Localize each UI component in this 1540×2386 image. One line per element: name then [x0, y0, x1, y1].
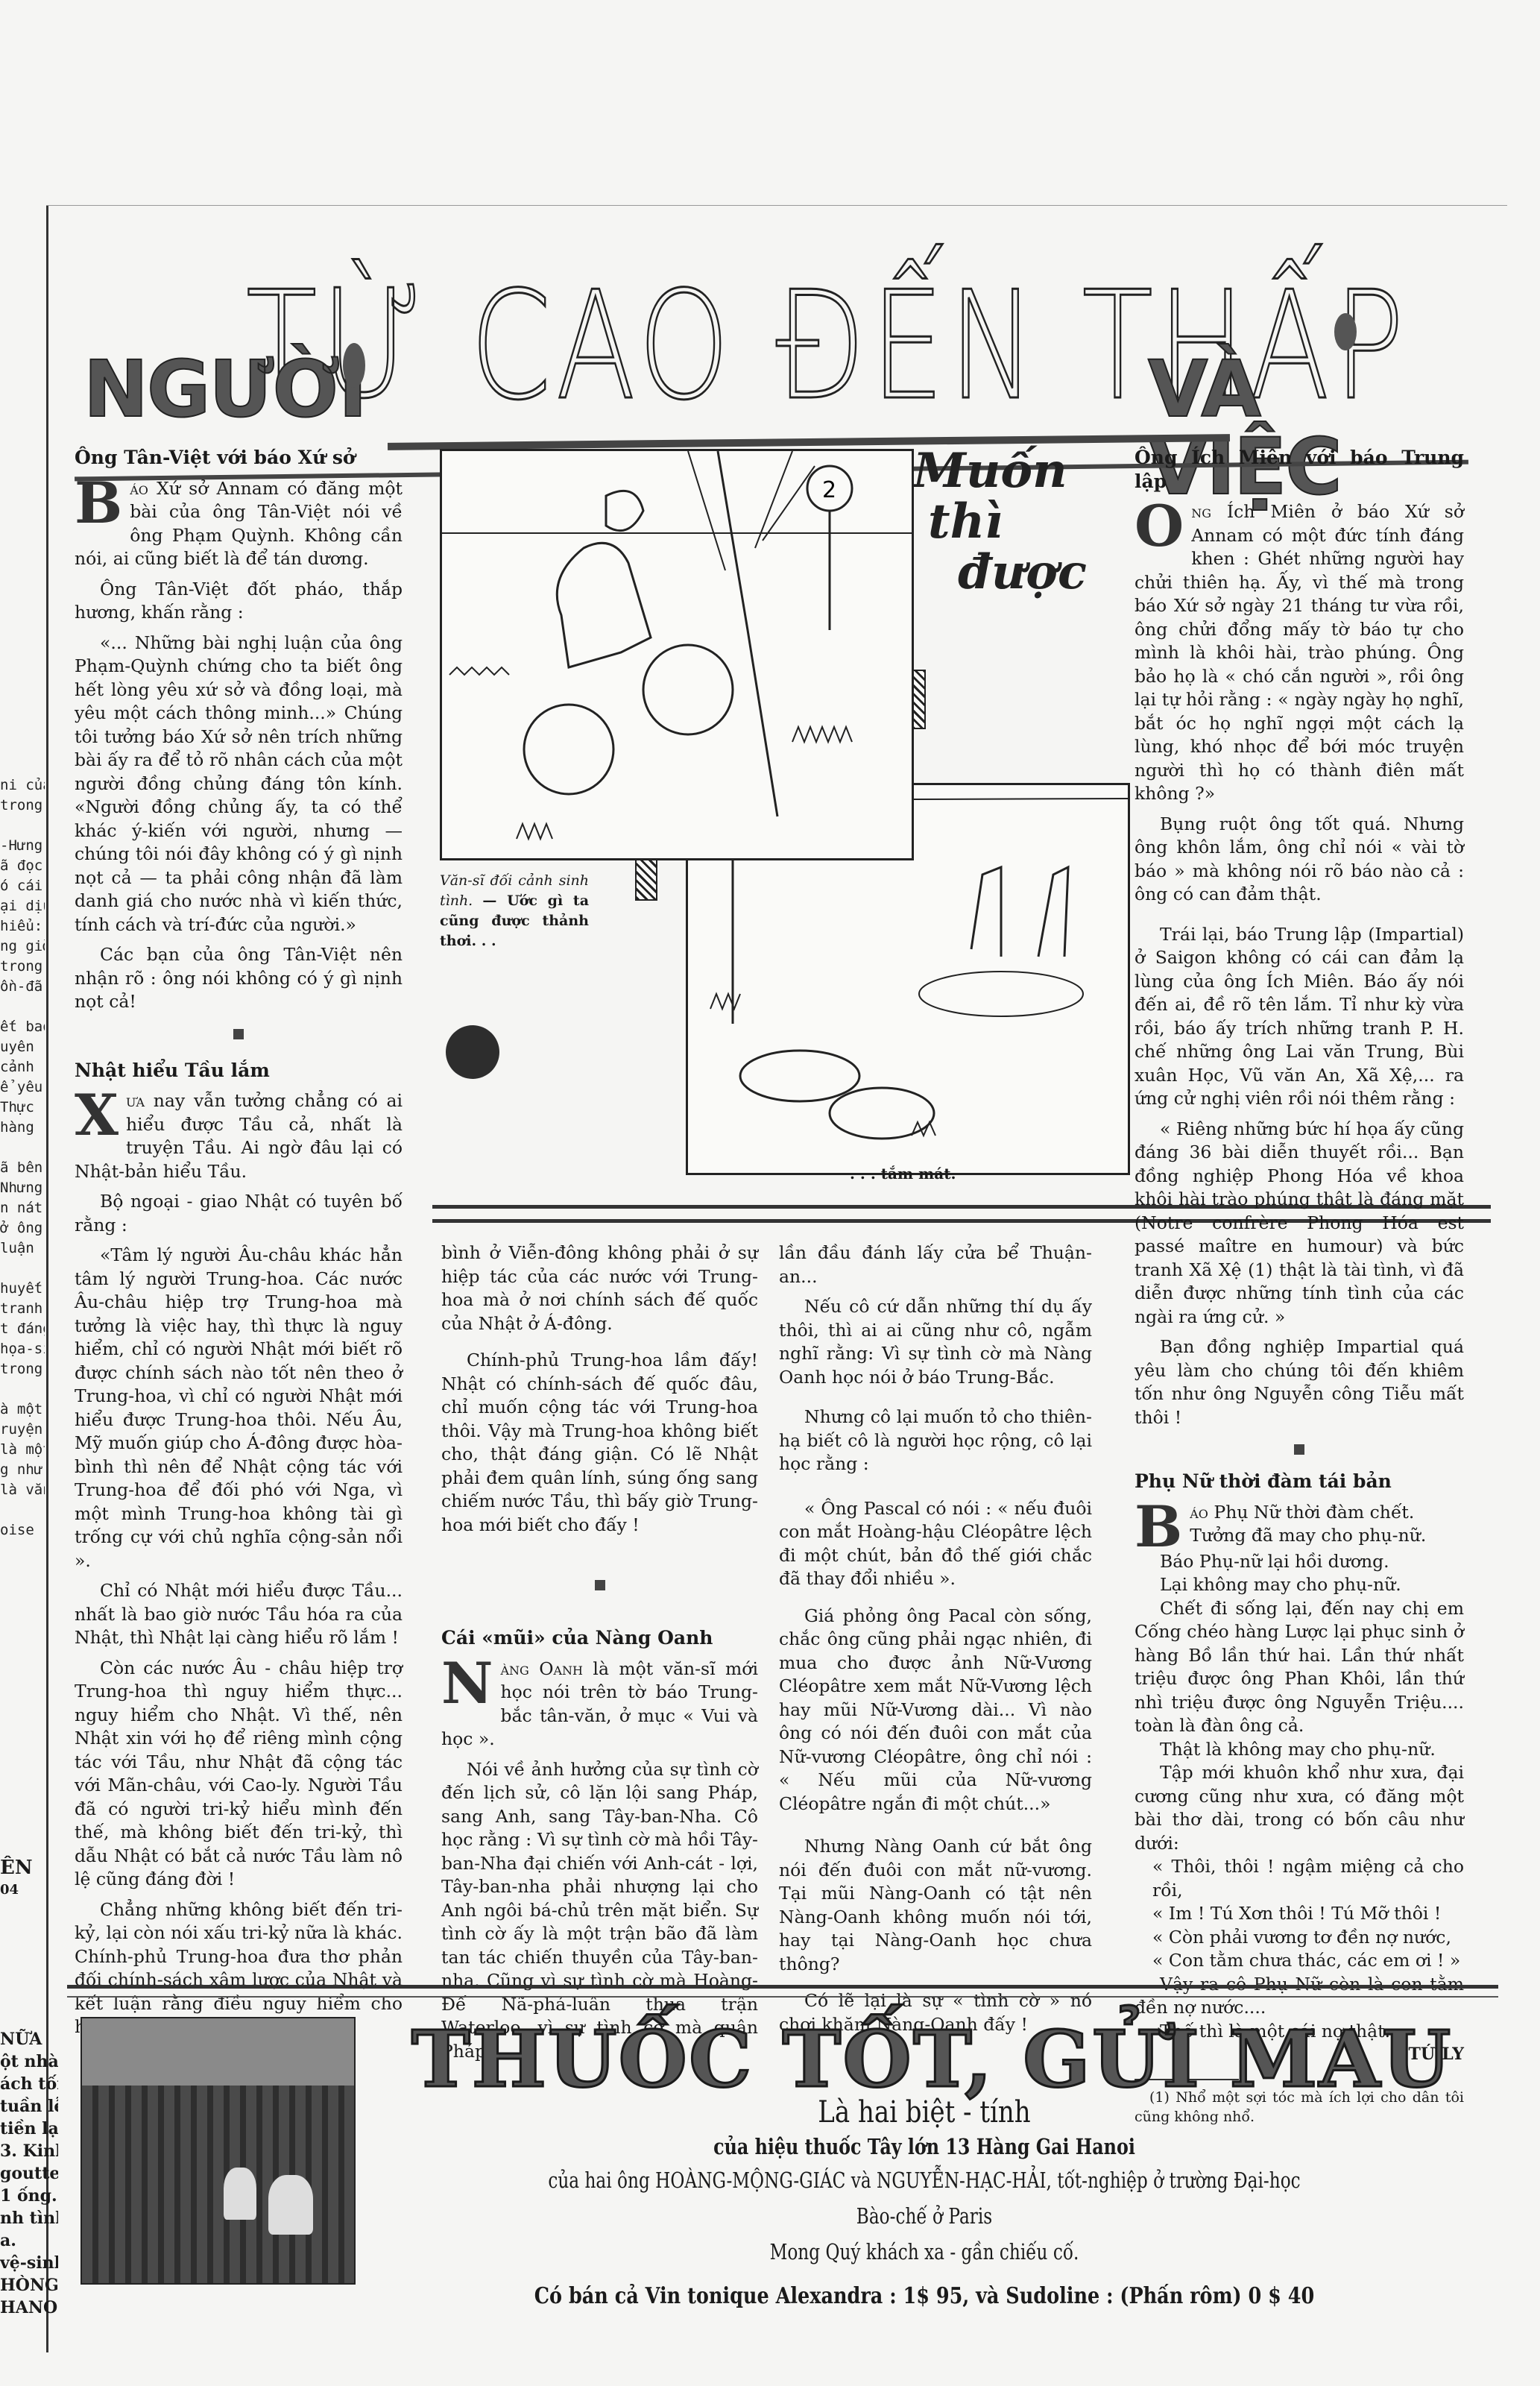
dropcap: B [1135, 1504, 1182, 1550]
article-paragraph: Ong Ích Miên ở báo Xứ sở Annam có một đứ… [1135, 500, 1464, 806]
fragment-line: HÒNG [0, 2274, 58, 2297]
svg-text:2: 2 [822, 477, 836, 503]
right-column: Ông Ích Miên với báo Trung lập Ong Ích M… [1135, 446, 1464, 2127]
poem-line: « Im ! Tú Xơn thôi ! Tú Mỡ thôi ! [1152, 1902, 1464, 1926]
article-line: Tưởng đã may cho phụ-nữ. [1135, 1524, 1464, 1548]
fragment-line: tranh [0, 1299, 45, 1319]
fragment-line: 1 ống. [0, 2185, 58, 2207]
article-heading: Ông Tân-Việt với báo Xứ sở [75, 446, 403, 470]
fragment-line [0, 997, 45, 1017]
fragment-line: huyết [0, 1279, 45, 1299]
article-paragraph: Thật là không may cho phụ-nữ. [1135, 1738, 1464, 1762]
fragment-line: gouttes [0, 2162, 58, 2185]
decorative-dot [446, 1025, 499, 1079]
fragment-line: uyên [0, 1037, 45, 1057]
poem-line: « Thôi, thôi ! ngậm miệng cả cho rồi, [1152, 1855, 1464, 1902]
article-paragraph: Trái lại, báo Trung lập (Impartial) ở Sa… [1135, 923, 1464, 1111]
article-paragraph: «Tâm lý người Âu-châu khác hẳn tâm lý ng… [75, 1244, 403, 1573]
article-paragraph: Giá phỏng ông Pacal còn sống, chắc ông c… [779, 1605, 1092, 1816]
ad-line: Là hai biệt - tính [455, 2095, 1393, 2130]
fragment-line: ách tối- [0, 2073, 58, 2095]
fragment-line: cảnh [0, 1057, 45, 1077]
fragment-line: tiền lại. [0, 2118, 58, 2140]
masthead-dot [343, 343, 365, 388]
article-paragraph: Báo Xứ sở Annam có đăng một bài của ông … [75, 477, 403, 571]
fragment-line: trong [0, 957, 45, 977]
article-heading: Nhật hiểu Tầu lắm [75, 1059, 403, 1083]
fragment-line [0, 1500, 45, 1520]
article-paragraph: Bộ ngoại - giao Nhật có tuyên bố rằng : [75, 1190, 403, 1237]
fragment-line: ng giờ [0, 937, 45, 957]
article-paragraph: Nhưng Nàng Oanh cứ bắt ông nói đến đuôi … [779, 1835, 1092, 1976]
ad-headline: THUỐC TỐT, GỬI MAU [392, 2013, 1471, 2105]
cartoon-panel-1: 2 [440, 449, 914, 860]
fragment-line: ồn-đã. [0, 977, 45, 997]
article-paragraph: Bạn đồng nghiệp Impartial quá yêu làm ch… [1135, 1335, 1464, 1429]
dropcap: X [75, 1092, 119, 1139]
fragment-line: ại dịu [0, 896, 45, 916]
adjacent-box: ÊN 04 [0, 1857, 46, 1901]
cartoon-cyclist-drawing: 2 [442, 451, 912, 858]
fragment-line: ó cái [0, 876, 45, 896]
article-heading: Cái «mũi» của Nàng Oanh [441, 1626, 758, 1650]
ad-line: Mong Quý khách xa - gần chiếu cố. [483, 2239, 1366, 2264]
left-column: Ông Tân-Việt với báo Xứ sở Báo Xứ sở Ann… [75, 446, 403, 2046]
dropcap: N [441, 1661, 493, 1707]
article-paragraph: Ông Tân-Việt đốt pháo, thắp hương, khấn … [75, 578, 403, 625]
fragment-line: -Hưng [0, 836, 45, 856]
article-paragraph: Chỉ có Nhật mới hiểu được Tầu... nhất là… [75, 1579, 403, 1650]
fragment-line: là văn [0, 1480, 45, 1500]
fragment-line [0, 1138, 45, 1158]
ad-line: của hai ông HOÀNG-MỘNG-GIÁC và NGUYỄN-HẠ… [483, 2168, 1366, 2193]
article-paragraph: Nàng Oanh là một văn-sĩ mới học nói trên… [441, 1658, 758, 1751]
fragment-line: oise [0, 1520, 45, 1540]
fragment-line [0, 1259, 45, 1279]
article-paragraph: « Riêng những bức hí họa ấy cũng đáng 36… [1135, 1118, 1464, 1329]
masthead-left-word: NGƯỜI [83, 350, 366, 428]
section-separator [595, 1580, 605, 1590]
fragment-line: họa-sĩ [0, 1339, 45, 1359]
fragment-line: a. [0, 2229, 58, 2252]
fragment-line: à một [0, 1400, 45, 1420]
fragment-line: HANOI [0, 2297, 58, 2319]
article-paragraph: « Ông Pascal có nói : « nếu đuôi con mắt… [779, 1497, 1092, 1591]
fragment-line: n nát [0, 1198, 45, 1218]
dropcap: O [1135, 503, 1184, 550]
article-line: Báo Phụ-nữ lại hồi dương. [1135, 1550, 1464, 1574]
fragment-line [0, 1379, 45, 1400]
adjacent-box-number: 04 [0, 1879, 46, 1901]
middle-column-1: bình ở Viễn-đông không phải ở sự hiệp tá… [441, 1241, 758, 2070]
article-paragraph: lần đầu đánh lấy cửa bể Thuận-an... [779, 1241, 1092, 1288]
article-paragraph: Chính-phủ Trung-hoa lầm đấy! Nhật có chí… [441, 1349, 758, 1537]
article-paragraph: Xưa nay vẫn tưởng chẳng có ai hiểu được … [75, 1089, 403, 1183]
ad-rule [67, 1985, 1498, 1998]
top-rule [46, 205, 1507, 206]
article-paragraph: Bụng ruột ông tốt quá. Nhưng ông khôn lắ… [1135, 813, 1464, 907]
fragment-line: vệ-sinh. [0, 2252, 58, 2274]
poem: « Thôi, thôi ! ngậm miệng cả cho rồi, « … [1135, 1855, 1464, 1973]
fragment-line: nh tình [0, 2207, 58, 2229]
fragment-line: 3. Kinh- [0, 2140, 58, 2162]
article-paragraph: Các bạn của ông Tân-Việt nên nhận rõ : ô… [75, 943, 403, 1014]
fragment-line: Thực [0, 1098, 45, 1118]
middle-column-2: lần đầu đánh lấy cửa bể Thuận-an... Nếu … [779, 1241, 1092, 2043]
fragment-line: ã bên [0, 1158, 45, 1178]
cartoon-caption-1: Văn-sĩ đối cảnh sinh tình. — Ước gì ta c… [440, 871, 589, 951]
cartoon-caption-2: . . . tắm mát. [850, 1165, 956, 1183]
fragment-line: ã đọc [0, 856, 45, 876]
ad-line: Bào-chế ở Paris [483, 2203, 1366, 2229]
adjacent-box-title: ÊN [0, 1857, 46, 1879]
fragment-line: là một [0, 1440, 45, 1460]
fragment-line: trong [0, 1359, 45, 1379]
adjacent-page-fragment-bottom: NỮAột nhàách tối-tuần lễtiền lại.3. Kinh… [0, 2028, 58, 2319]
fragment-line: ruyện [0, 1420, 45, 1440]
fragment-line: ết bao [0, 1017, 45, 1037]
fragment-line: luận [0, 1238, 45, 1259]
cartoon-title: Muốn thì được [913, 446, 1118, 598]
cartoon-post [635, 857, 657, 901]
article-heading: Phụ Nữ thời đàm tái bản [1135, 1470, 1464, 1493]
masthead-dot [1334, 313, 1357, 350]
fragment-line: hàng [0, 1118, 45, 1138]
pharmacy-photo [81, 2017, 356, 2285]
ad-line: của hiệu thuốc Tây lớn 13 Hàng Gai Hanoi [472, 2134, 1377, 2159]
article-paragraph: Nhưng cô lại muốn tỏ cho thiên-hạ biết c… [779, 1406, 1092, 1476]
masthead: TỪ CAO ĐẾN THẤP NGƯỜI VÀ VIỆC [75, 268, 1468, 432]
fragment-line: ột nhà [0, 2050, 58, 2073]
adjacent-page-fragment: ni củatrong -Hưngã đọcó cáiại dịuhiểu:ng… [0, 775, 45, 1540]
article-paragraph: bình ở Viễn-đông không phải ở sự hiệp tá… [441, 1241, 758, 1335]
fragment-line: ở ông [0, 1218, 45, 1238]
fragment-line [0, 816, 45, 836]
fragment-line: trong [0, 796, 45, 816]
article-heading: Ông Ích Miên với báo Trung lập [1135, 446, 1464, 493]
fragment-line: t đáng [0, 1319, 45, 1339]
ad-price-line: Có bán cả Vin tonique Alexandra : 1$ 95,… [455, 2283, 1393, 2309]
article-paragraph: Nếu cô cứ dẫn những thí dụ ấy thôi, thì … [779, 1295, 1092, 1389]
fragment-line: hiểu: [0, 916, 45, 937]
poem-line: « Còn phải vương tơ đền nợ nước, [1152, 1926, 1464, 1950]
fragment-line: tuần lễ [0, 2095, 58, 2118]
fragment-line: ể yêu [0, 1077, 45, 1098]
article-paragraph: «... Những bài nghị luận của ông Phạm-Qu… [75, 632, 403, 937]
fragment-line: ni của [0, 775, 45, 796]
poem-line: « Con tằm chưa thác, các em ơi ! » [1152, 1949, 1464, 1973]
article-line: Lại không may cho phụ-nữ. [1135, 1573, 1464, 1597]
fragment-line: g như [0, 1460, 45, 1480]
dropcap: B [75, 480, 122, 526]
fragment-line: NỮA [0, 2028, 58, 2050]
section-separator [1294, 1444, 1304, 1455]
fragment-line: Nhưng [0, 1178, 45, 1198]
article-paragraph: Còn các nước Âu - châu hiệp trợ Trung-ho… [75, 1657, 403, 1892]
article-paragraph: Tập mới khuôn khổ như xưa, đại cương cũn… [1135, 1761, 1464, 1855]
article-paragraph: Chết đi sống lại, đến nay chị em Cống ch… [1135, 1597, 1464, 1738]
section-separator [233, 1029, 244, 1039]
article-paragraph: Báo Phụ Nữ thời đàm chết. [1135, 1501, 1464, 1525]
